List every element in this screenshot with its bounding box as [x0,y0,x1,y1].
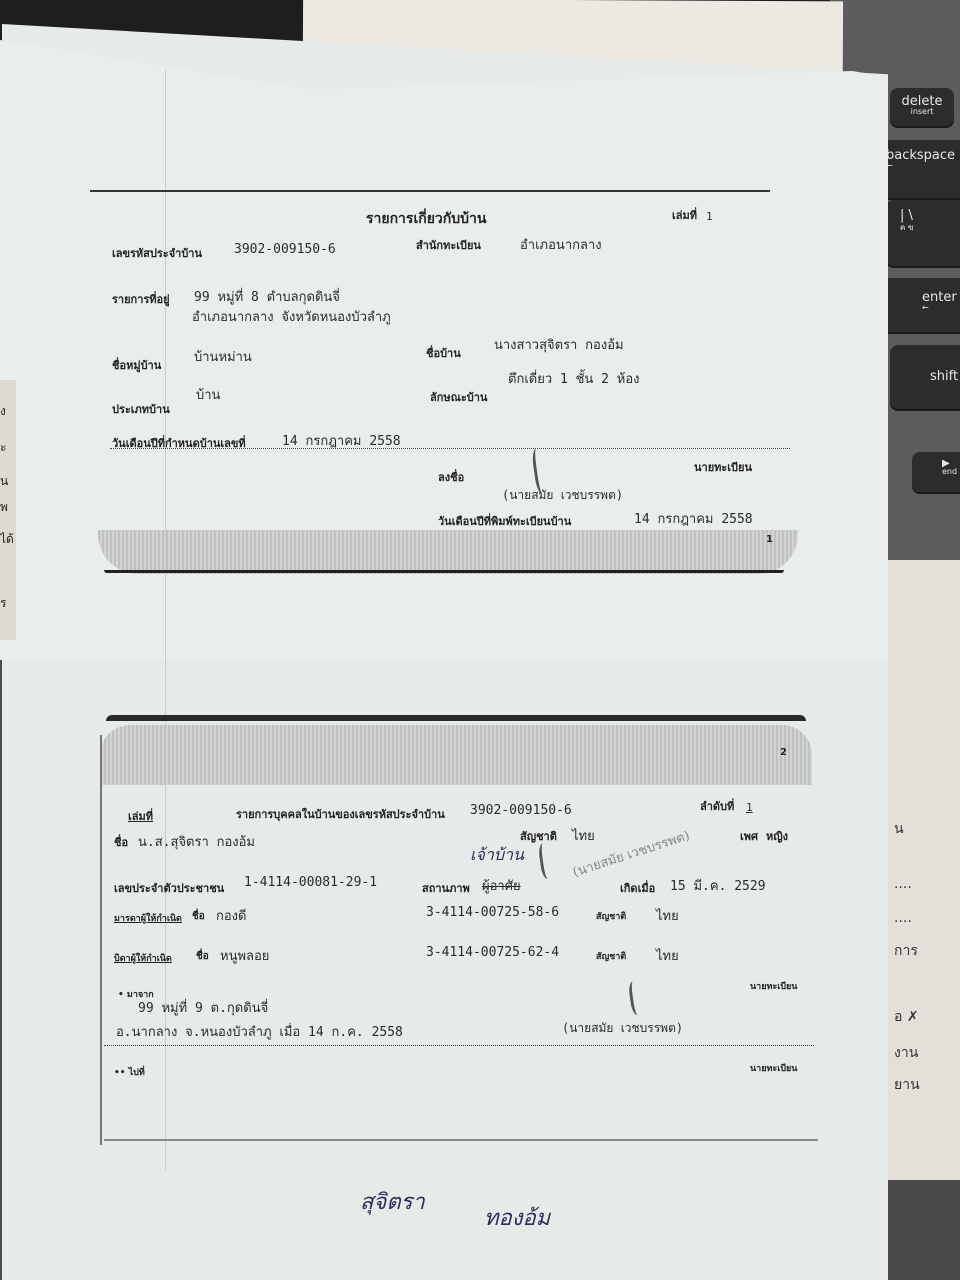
mother-nationality: ไทย [656,905,679,926]
nationality-label: สัญชาติ [520,827,557,845]
moved-from-line1: 99 หมู่ที่ 9 ต.กุดดินจี่ [138,997,268,1018]
moved-to-label: •• ไปที่ [114,1065,145,1079]
print-date: 14 กรกฎาคม 2558 [634,508,753,529]
edge-text: การ [894,940,918,962]
father-id: 3-4114-00725-62-4 [426,945,559,960]
status: ผู้อาศัย [482,875,521,896]
father-name: หนูพลอย [220,945,269,966]
shift-key: shift [890,345,960,411]
edge-text: ยาน [894,1074,920,1096]
person-details-card: 2 เล่มที่ รายการบุคคลในบ้านของเลขรหัสประ… [100,715,820,1145]
page-number: 2 [780,747,787,758]
registrar-label-2: นายทะเบียน [750,1061,797,1075]
delete-key: deleteinsert [890,88,954,128]
edge-text: .... [894,910,912,926]
house-type: บ้าน [196,384,220,405]
correction-signature [538,842,556,879]
house-details-card: รายการเกี่ยวกับบ้าน เล่มที่ 1 เลขรหัสประ… [90,190,790,590]
mother-label: มารดาผู้ให้กำเนิด [114,911,182,925]
mother-id: 3-4114-00725-58-6 [426,905,559,920]
sex: หญิง [766,827,788,845]
edge-text: .... [894,876,912,892]
edge-text: ะ [0,438,6,457]
book-label: เล่มที่ [672,206,697,224]
seq-label: ลำดับที่ [700,797,734,815]
card-left-border [100,735,102,1145]
edge-text: งาน [894,1042,918,1064]
edge-text: อ ✗ [894,1006,919,1028]
office-label: สำนักทะเบียน [416,236,481,254]
edge-text: ได้ [0,530,14,549]
house-name-label: ชื่อบ้าน [426,344,461,362]
name-label: ชื่อ [114,833,128,851]
registrar-signature [628,980,646,1015]
card-top-border [106,715,806,721]
id-number: 1-4114-00081-29-1 [244,875,377,890]
mother-nationality-label: สัญชาติ [596,909,626,923]
card-footer-band [98,530,798,574]
house-id: 3902-009150-6 [234,242,336,257]
handwritten-first-name: สุจิตรา [360,1184,425,1219]
card-top-border [90,190,770,192]
card-bottom-border [104,1139,818,1141]
edge-text: น [0,472,8,491]
address-label: รายการที่อยู่ [112,290,170,308]
birth-date: 15 มี.ค. 2529 [670,875,766,896]
left-edge-paper: ง ะ น พ ได้ ร [0,380,16,640]
edge-text: น [894,818,904,840]
handwritten-status: เจ้าบ้าน [470,843,524,868]
right-edge-paper: น .... .... การ อ ✗ งาน ยาน [880,560,960,1180]
village: บ้านหม่าน [194,346,252,367]
end-key: ▶end [912,452,960,494]
book-number: 1 [706,210,713,223]
sign-label: ลงชื่อ [438,468,464,486]
person-name: น.ส.สุจิตรา กองอ้ม [138,831,255,852]
registrar-name: (นายสมัย เวชบรรพต) [562,1019,683,1038]
registrar-label: นายทะเบียน [694,458,752,476]
nationality: ไทย [572,825,595,846]
enter-key: enter← [878,278,960,334]
father-label: บิดาผู้ให้กำเนิด [114,951,172,965]
divider [110,448,790,449]
id-label: เลขประจำตัวประชาชน [114,879,224,897]
address-line2: อำเภอนากลาง จังหวัดหนองบัวลำภู [192,306,391,327]
registrar-label: นายทะเบียน [750,979,797,993]
edge-text: ร [0,594,6,613]
book-label: เล่มที่ [128,807,153,825]
father-nationality-label: สัญชาติ [596,949,626,963]
status-label: สถานภาพ [422,879,470,897]
village-label: ชื่อหมู่บ้าน [112,356,161,374]
page-number: 1 [766,534,773,545]
handwritten-last-name: ทองอ้ม [484,1200,550,1235]
registrar-name: (นายสมัย เวชบรรพต) [502,486,623,505]
divider [104,1045,814,1046]
father-name-label: ชื่อ [196,949,209,964]
birth-label: เกิดเมื่อ [620,879,655,897]
address-line1: 99 หมู่ที่ 8 ตำบลกุดดินจี่ [194,286,340,307]
card-bottom-border [104,570,784,573]
moved-from-line2: อ.นากลาง จ.หนองบัวลำภู เมื่อ 14 ก.ค. 255… [116,1021,403,1042]
house-style: ตึกเดี่ยว 1 ชั้น 2 ห้อง [508,368,640,389]
backspace-key: backspace← [876,140,960,200]
card-title: รายการเกี่ยวกับบ้าน [366,208,486,230]
assigned-date-label: วันเดือนปีที่กำหนดบ้านเลขที่ [112,434,246,452]
house-id: 3902-009150-6 [470,803,572,818]
card-title: รายการบุคคลในบ้านของเลขรหัสประจำบ้าน [236,805,445,823]
mother-name-label: ชื่อ [192,909,205,924]
edge-text: พ [0,498,8,517]
house-type-label: ประเภทบ้าน [112,400,170,418]
card-header-band [100,725,812,785]
backslash-key: | \ค ฃ [886,200,960,268]
house-name: นางสาวสุจิตรา กองอ้ม [494,334,624,355]
mother-name: กองดี [216,905,246,926]
sex-label: เพศ [740,827,758,845]
seq-number: 1 [746,801,753,814]
edge-text: ง [0,402,6,421]
house-style-label: ลักษณะบ้าน [430,388,487,406]
office: อำเภอนากลาง [520,234,602,255]
father-nationality: ไทย [656,945,679,966]
print-date-label: วันเดือนปีที่พิมพ์ทะเบียนบ้าน [438,512,571,530]
house-id-label: เลขรหัสประจำบ้าน [112,244,202,262]
